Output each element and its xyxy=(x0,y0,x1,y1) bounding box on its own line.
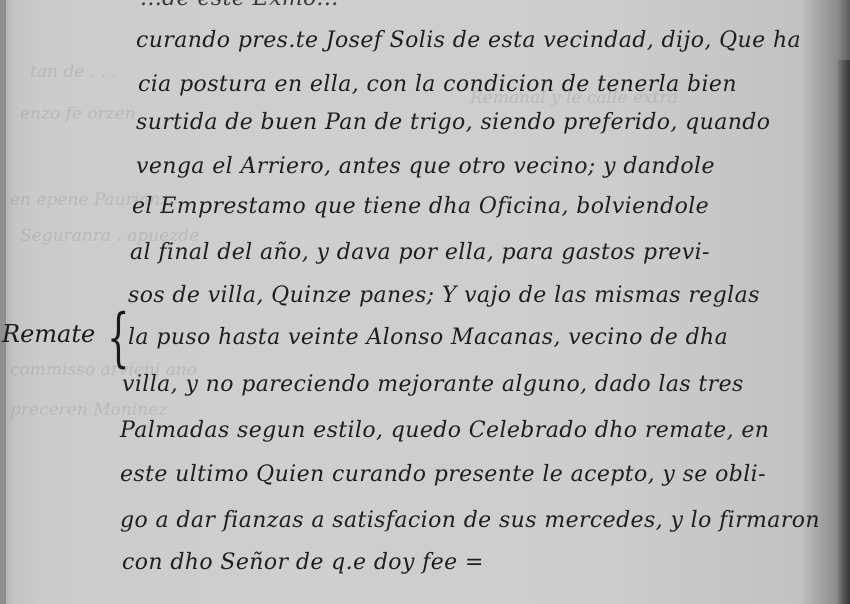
manuscript-page: tan de . . . enzo fe orzen Remanal y le … xyxy=(0,0,850,604)
manuscript-line-7: sos de villa, Quinze panes; Y vajo de la… xyxy=(128,283,760,308)
manuscript-line-3: surtida de buen Pan de trigo, siendo pre… xyxy=(136,110,770,135)
manuscript-line-0: ...de este Exmo... xyxy=(140,0,339,11)
manuscript-line-9: villa, y no pareciendo mejorante alguno,… xyxy=(122,372,744,397)
manuscript-line-10: Palmadas segun estilo, quedo Celebrado d… xyxy=(120,418,769,443)
manuscript-line-4: venga el Arriero, antes que otro vecino;… xyxy=(136,154,715,179)
binding-shadow xyxy=(836,60,850,604)
manuscript-line-2: cia postura en ella, con la condicion de… xyxy=(138,72,737,97)
page-left-edge xyxy=(0,0,6,604)
margin-note-remate: Remate xyxy=(2,320,95,348)
manuscript-line-12: go a dar fianzas a satisfacion de sus me… xyxy=(120,508,820,533)
bleed-through-text: tan de . . . xyxy=(30,62,117,82)
bleed-through-text: enzo fe orzen xyxy=(20,104,136,124)
manuscript-line-11: este ultimo Quien curando presente le ac… xyxy=(120,462,766,487)
manuscript-line-1: curando pres.te Josef Solis de esta veci… xyxy=(136,28,801,53)
manuscript-line-8: la puso hasta veinte Alonso Macanas, vec… xyxy=(128,325,728,350)
brace-mark: { xyxy=(107,306,129,370)
manuscript-line-13: con dho Señor de q.e doy fee = xyxy=(122,550,484,575)
bleed-through-text: preceren Moninez xyxy=(10,400,167,420)
manuscript-line-5: el Emprestamo que tiene dha Oficina, bol… xyxy=(132,194,709,219)
manuscript-line-6: al final del año, y dava por ella, para … xyxy=(130,240,710,265)
